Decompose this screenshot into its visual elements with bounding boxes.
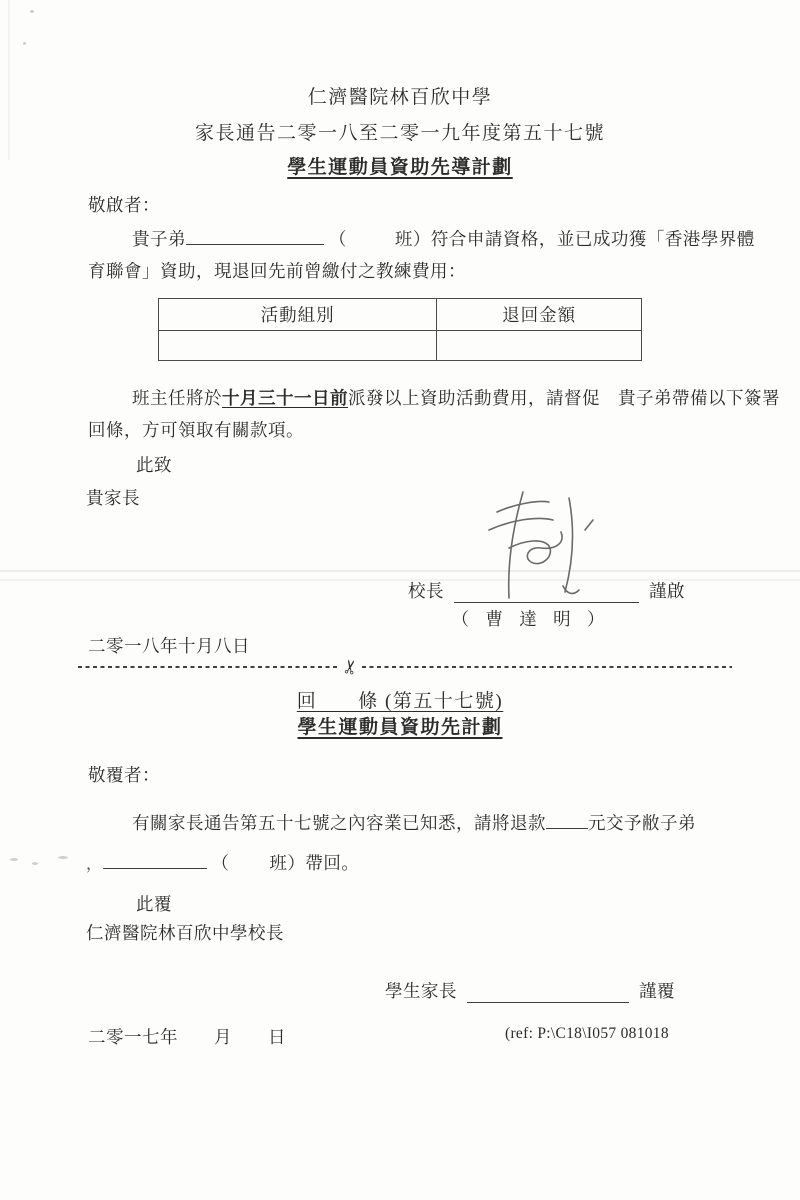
reply-date-blanks: 二零一七年 月 日 <box>88 1024 286 1049</box>
scan-artifact-speck <box>32 862 38 865</box>
deadline-emphasis: 十月三十一日前 <box>222 388 348 408</box>
reply-text-after-amount: 元交予敝子弟 <box>588 813 696 833</box>
body-paragraph-2-line-2: 回條，方可領取有關款項。 <box>88 417 304 442</box>
reply-paragraph-line-1: 有關家長通告第五十七號之內容業已知悉，請將退款元交予敝子弟 <box>132 810 696 835</box>
scan-artifact-speck <box>58 856 68 859</box>
para2-lead: 班主任將於 <box>132 388 222 408</box>
cut-dash-right <box>362 666 732 668</box>
issue-date: 二零一八年十月八日 <box>88 633 250 658</box>
reply-slip-title: 學生運動員資助先計劃 <box>0 712 800 739</box>
scan-artifact-speck <box>10 858 18 861</box>
cut-line: ✂ <box>78 656 732 678</box>
reply-text-end: 班）帶回。 <box>269 853 359 873</box>
para1-text: 班）符合申請資格，並已成功獲「香港學界體 <box>395 229 755 249</box>
reply-paren-open: （ <box>211 853 229 873</box>
table-cell-amount-empty <box>437 331 642 361</box>
reply-salutation: 敬覆者： <box>88 762 160 787</box>
notice-number: 家長通告二零一八至二零一九年度第五十七號 <box>0 118 800 145</box>
para2-text: 派發以上資助活動費用，請督促 貴子弟帶備以下簽署 <box>348 388 780 408</box>
para1-lead: 貴子弟 <box>132 229 186 249</box>
table-cell-activity-empty <box>159 331 437 361</box>
principal-signature-line <box>454 582 639 603</box>
salutation: 敬啟者： <box>88 192 160 217</box>
body-paragraph-1-line-1: 貴子弟 （班）符合申請資格，並已成功獲「香港學界體 <box>132 226 755 251</box>
body-paragraph-1-line-2: 育聯會」資助，現退回先前曾繳付之教練費用： <box>88 258 466 283</box>
school-name: 仁濟醫院林百欣中學 <box>0 82 800 109</box>
table-header-refund-amount: 退回金額 <box>437 299 642 331</box>
parent-signature-line <box>467 982 629 1003</box>
table-header-activity-group: 活動組別 <box>159 299 437 331</box>
reply-slip-heading: 回 條 (第五十七號) <box>0 686 800 713</box>
scan-artifact-speck <box>30 10 34 13</box>
reference-number: (ref: P:\C18\I057 081018 <box>505 1025 669 1043</box>
principal-label: 校長 <box>408 578 444 603</box>
paren-open: （ <box>329 229 347 249</box>
principal-honorific: 謹啟 <box>649 578 685 603</box>
reply-closing-phrase: 此覆 <box>136 891 172 916</box>
student-name-blank <box>186 227 324 245</box>
refund-table: 活動組別 退回金額 <box>158 298 642 361</box>
body-paragraph-2-line-1: 班主任將於十月三十一日前派發以上資助活動費用，請督促 貴子弟帶備以下簽署 <box>132 385 780 410</box>
parent-honorific: 謹覆 <box>639 978 675 1003</box>
notice-title: 學生運動員資助先導計劃 <box>0 152 800 179</box>
cut-dash-left <box>78 666 340 668</box>
reply-student-name-blank <box>103 851 207 869</box>
reply-text-before-amount: 有關家長通告第五十七號之內容業已知悉，請將退款 <box>132 813 546 833</box>
scanned-notice-page: 仁濟醫院林百欣中學 家長通告二零一八至二零一九年度第五十七號 學生運動員資助先導… <box>0 0 800 1200</box>
parent-label: 學生家長 <box>385 978 457 1003</box>
scan-artifact-speck <box>23 42 26 45</box>
closing-recipient: 貴家長 <box>86 485 140 510</box>
refund-amount-blank <box>546 811 588 829</box>
reply-paragraph-line-2: ， （班）帶回。 <box>86 850 359 875</box>
stray-comma-mark: ， <box>86 856 103 873</box>
closing-phrase: 此致 <box>136 452 172 477</box>
scissors-icon: ✂ <box>339 657 363 677</box>
scan-artifact-line <box>0 570 800 572</box>
parent-signature-row: 學生家長 謹覆 <box>385 978 675 1003</box>
principal-name: （ 曹 達 明 ） <box>436 606 626 631</box>
reply-closing-recipient: 仁濟醫院林百欣中學校長 <box>86 920 284 945</box>
principal-signature-row: 校長 謹啟 <box>408 578 685 603</box>
